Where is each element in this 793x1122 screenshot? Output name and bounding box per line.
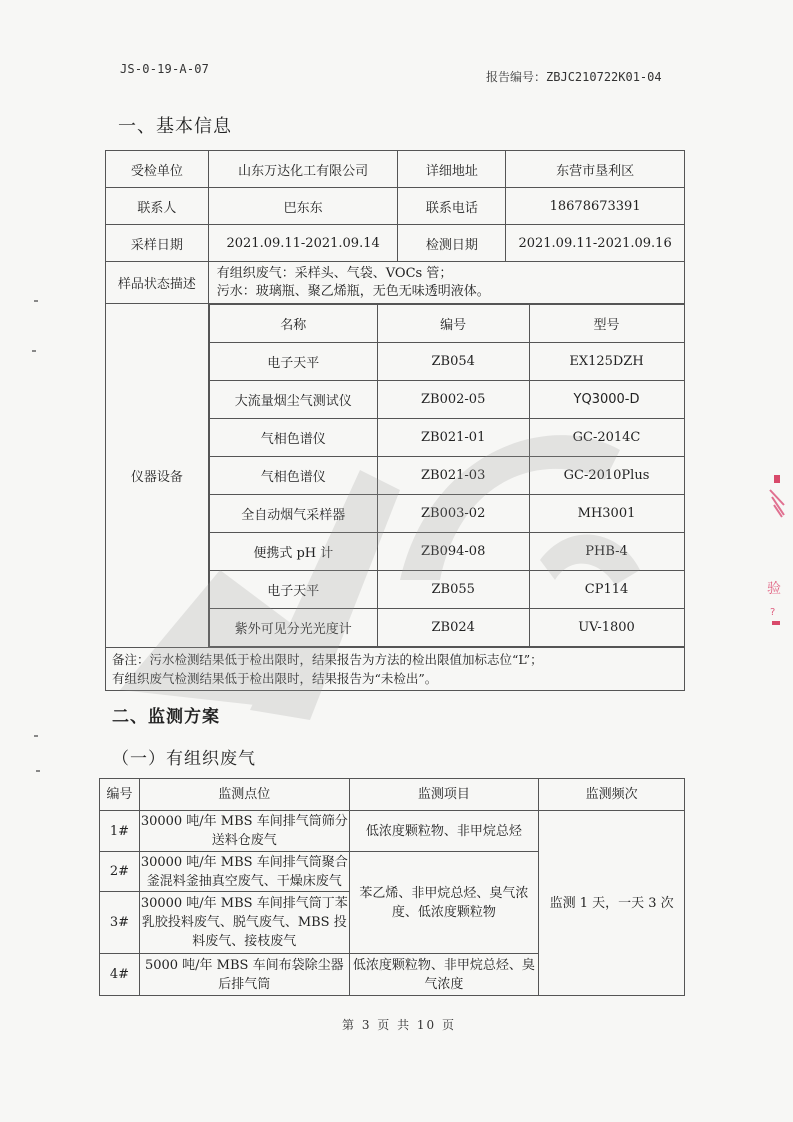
equipment-id: ZB021-03 xyxy=(377,457,529,495)
contact-value: 巴东东 xyxy=(208,188,398,225)
contact-label: 联系人 xyxy=(106,188,209,225)
sampling-date-label: 采样日期 xyxy=(106,225,209,262)
note-line: 备注：污水检测结果低于检出限时，结果报告为方法的检出限值加标志位“L”； xyxy=(112,650,678,669)
address-label: 详细地址 xyxy=(398,151,506,188)
row-items: 低浓度颗粒物、非甲烷总烃、臭气浓度 xyxy=(349,954,539,996)
col-header-no: 编号 xyxy=(100,779,140,811)
margin-mark xyxy=(34,300,38,302)
table-row: 样品状态描述 有组织废气：采样头、气袋、VOCs 管； 污水：玻璃瓶、聚乙烯瓶，… xyxy=(106,262,685,304)
svg-text:验: 验 xyxy=(767,581,781,597)
report-number-value: ZBJC210722K01-04 xyxy=(546,70,662,84)
equipment-item: 电子天平 ZB055 CP114 xyxy=(209,571,684,609)
red-seal-stamp-icon: 验 ? xyxy=(762,475,792,625)
equipment-name: 气相色谱仪 xyxy=(209,457,377,495)
equipment-name: 电子天平 xyxy=(209,343,377,381)
frequency-cell: 监测 1 天，一天 3 次 xyxy=(539,811,685,996)
report-number-label: 报告编号： xyxy=(486,70,546,84)
table-row: 采样日期 2021.09.11-2021.09.14 检测日期 2021.09.… xyxy=(106,225,685,262)
equipment-id: ZB024 xyxy=(377,609,529,647)
note-cell: 备注：污水检测结果低于检出限时，结果报告为方法的检出限值加标志位“L”； 有组织… xyxy=(106,648,685,691)
table-row: 1# 30000 吨/年 MBS 车间排气筒筛分送料仓废气 低浓度颗粒物、非甲烷… xyxy=(100,811,685,852)
equipment-model: PHB-4 xyxy=(529,533,684,571)
equipment-table: 名称 编号 型号 电子天平 ZB054 EX125DZH 大流量烟尘气测试仪 Z… xyxy=(209,304,685,647)
note-row: 备注：污水检测结果低于检出限时，结果报告为方法的检出限值加标志位“L”； 有组织… xyxy=(106,648,685,691)
sample-desc-value: 有组织废气：采样头、气袋、VOCs 管； 污水：玻璃瓶、聚乙烯瓶，无色无味透明液… xyxy=(208,262,684,304)
table-row: 联系人 巴东东 联系电话 18678673391 xyxy=(106,188,685,225)
equipment-item: 全自动烟气采样器 ZB003-02 MH3001 xyxy=(209,495,684,533)
sample-desc-line: 污水：玻璃瓶、聚乙烯瓶，无色无味透明液体。 xyxy=(217,283,684,301)
test-date-value: 2021.09.11-2021.09.16 xyxy=(506,225,685,262)
equipment-model: MH3001 xyxy=(529,495,684,533)
equipment-model: EX125DZH xyxy=(529,343,684,381)
equipment-item: 气相色谱仪 ZB021-01 GC-2014C xyxy=(209,419,684,457)
unit-label: 受检单位 xyxy=(106,151,209,188)
col-header-name: 名称 xyxy=(209,305,377,343)
table-header-row: 编号 监测点位 监测项目 监测频次 xyxy=(100,779,685,811)
svg-text:?: ? xyxy=(770,607,775,618)
row-point: 30000 吨/年 MBS 车间排气筒聚合釜混料釜抽真空废气、干燥床废气 xyxy=(139,852,349,892)
monitoring-plan-table: 编号 监测点位 监测项目 监测频次 1# 30000 吨/年 MBS 车间排气筒… xyxy=(99,778,685,996)
test-date-label: 检测日期 xyxy=(398,225,506,262)
margin-mark xyxy=(36,770,40,772)
equipment-name: 电子天平 xyxy=(209,571,377,609)
col-header-items: 监测项目 xyxy=(349,779,539,811)
equipment-item: 紫外可见分光光度计 ZB024 UV-1800 xyxy=(209,609,684,647)
equipment-label: 仪器设备 xyxy=(106,304,209,648)
phone-label: 联系电话 xyxy=(398,188,506,225)
note-line: 有组织废气检测结果低于检出限时，结果报告为“未检出”。 xyxy=(112,669,678,688)
equipment-model: GC-2010Plus xyxy=(529,457,684,495)
document-code: JS-0-19-A-07 xyxy=(120,62,209,76)
equipment-item: 电子天平 ZB054 EX125DZH xyxy=(209,343,684,381)
basic-info-table: 受检单位 山东万达化工有限公司 详细地址 东营市垦利区 联系人 巴东东 联系电话… xyxy=(105,150,685,691)
equipment-id: ZB055 xyxy=(377,571,529,609)
sampling-date-value: 2021.09.11-2021.09.14 xyxy=(208,225,398,262)
equipment-id: ZB021-01 xyxy=(377,419,529,457)
equipment-id: ZB002-05 xyxy=(377,381,529,419)
equipment-name: 大流量烟尘气测试仪 xyxy=(209,381,377,419)
equipment-model: YQ3000-D xyxy=(529,381,684,419)
row-point: 5000 吨/年 MBS 车间布袋除尘器后排气筒 xyxy=(139,954,349,996)
equipment-model: CP114 xyxy=(529,571,684,609)
table-row: 受检单位 山东万达化工有限公司 详细地址 东营市垦利区 xyxy=(106,151,685,188)
margin-mark xyxy=(32,350,36,352)
unit-value: 山东万达化工有限公司 xyxy=(208,151,398,188)
equipment-header-row: 名称 编号 型号 xyxy=(209,305,684,343)
address-value: 东营市垦利区 xyxy=(506,151,685,188)
row-no: 1# xyxy=(100,811,140,852)
report-number: 报告编号：ZBJC210722K01-04 xyxy=(486,68,662,85)
col-header-id: 编号 xyxy=(377,305,529,343)
equipment-id: ZB054 xyxy=(377,343,529,381)
row-point: 30000 吨/年 MBS 车间排气筒丁苯乳胶投料废气、脱气废气、MBS 投料废… xyxy=(139,892,349,954)
equipment-item: 便携式 pH 计 ZB094-08 PHB-4 xyxy=(209,533,684,571)
equipment-name: 紫外可见分光光度计 xyxy=(209,609,377,647)
equipment-id: ZB003-02 xyxy=(377,495,529,533)
equipment-cell: 名称 编号 型号 电子天平 ZB054 EX125DZH 大流量烟尘气测试仪 Z… xyxy=(208,304,684,648)
col-header-model: 型号 xyxy=(529,305,684,343)
subsection-title-organized-exhaust: （一）有组织废气 xyxy=(112,744,256,769)
row-no: 2# xyxy=(100,852,140,892)
equipment-model: GC-2014C xyxy=(529,419,684,457)
equipment-id: ZB094-08 xyxy=(377,533,529,571)
row-point: 30000 吨/年 MBS 车间排气筒筛分送料仓废气 xyxy=(139,811,349,852)
equipment-model: UV-1800 xyxy=(529,609,684,647)
equipment-item: 气相色谱仪 ZB021-03 GC-2010Plus xyxy=(209,457,684,495)
equipment-name: 便携式 pH 计 xyxy=(209,533,377,571)
section-title-basic-info: 一、基本信息 xyxy=(118,112,232,138)
page-number: 第 3 页 共 10 页 xyxy=(342,1016,456,1033)
col-header-frequency: 监测频次 xyxy=(539,779,685,811)
row-items: 苯乙烯、非甲烷总烃、臭气浓度、低浓度颗粒物 xyxy=(349,852,539,954)
phone-value: 18678673391 xyxy=(506,188,685,225)
row-items: 低浓度颗粒物、非甲烷总烃 xyxy=(349,811,539,852)
equipment-item: 大流量烟尘气测试仪 ZB002-05 YQ3000-D xyxy=(209,381,684,419)
margin-mark xyxy=(34,735,38,737)
row-no: 4# xyxy=(100,954,140,996)
col-header-point: 监测点位 xyxy=(139,779,349,811)
row-no: 3# xyxy=(100,892,140,954)
sample-desc-label: 样品状态描述 xyxy=(106,262,209,304)
equipment-name: 气相色谱仪 xyxy=(209,419,377,457)
equipment-row: 仪器设备 名称 编号 型号 电子天平 ZB054 EX125DZH 大流量烟尘气… xyxy=(106,304,685,648)
section-title-monitoring-plan: 二、监测方案 xyxy=(112,702,220,727)
sample-desc-line: 有组织废气：采样头、气袋、VOCs 管； xyxy=(217,265,684,283)
equipment-name: 全自动烟气采样器 xyxy=(209,495,377,533)
